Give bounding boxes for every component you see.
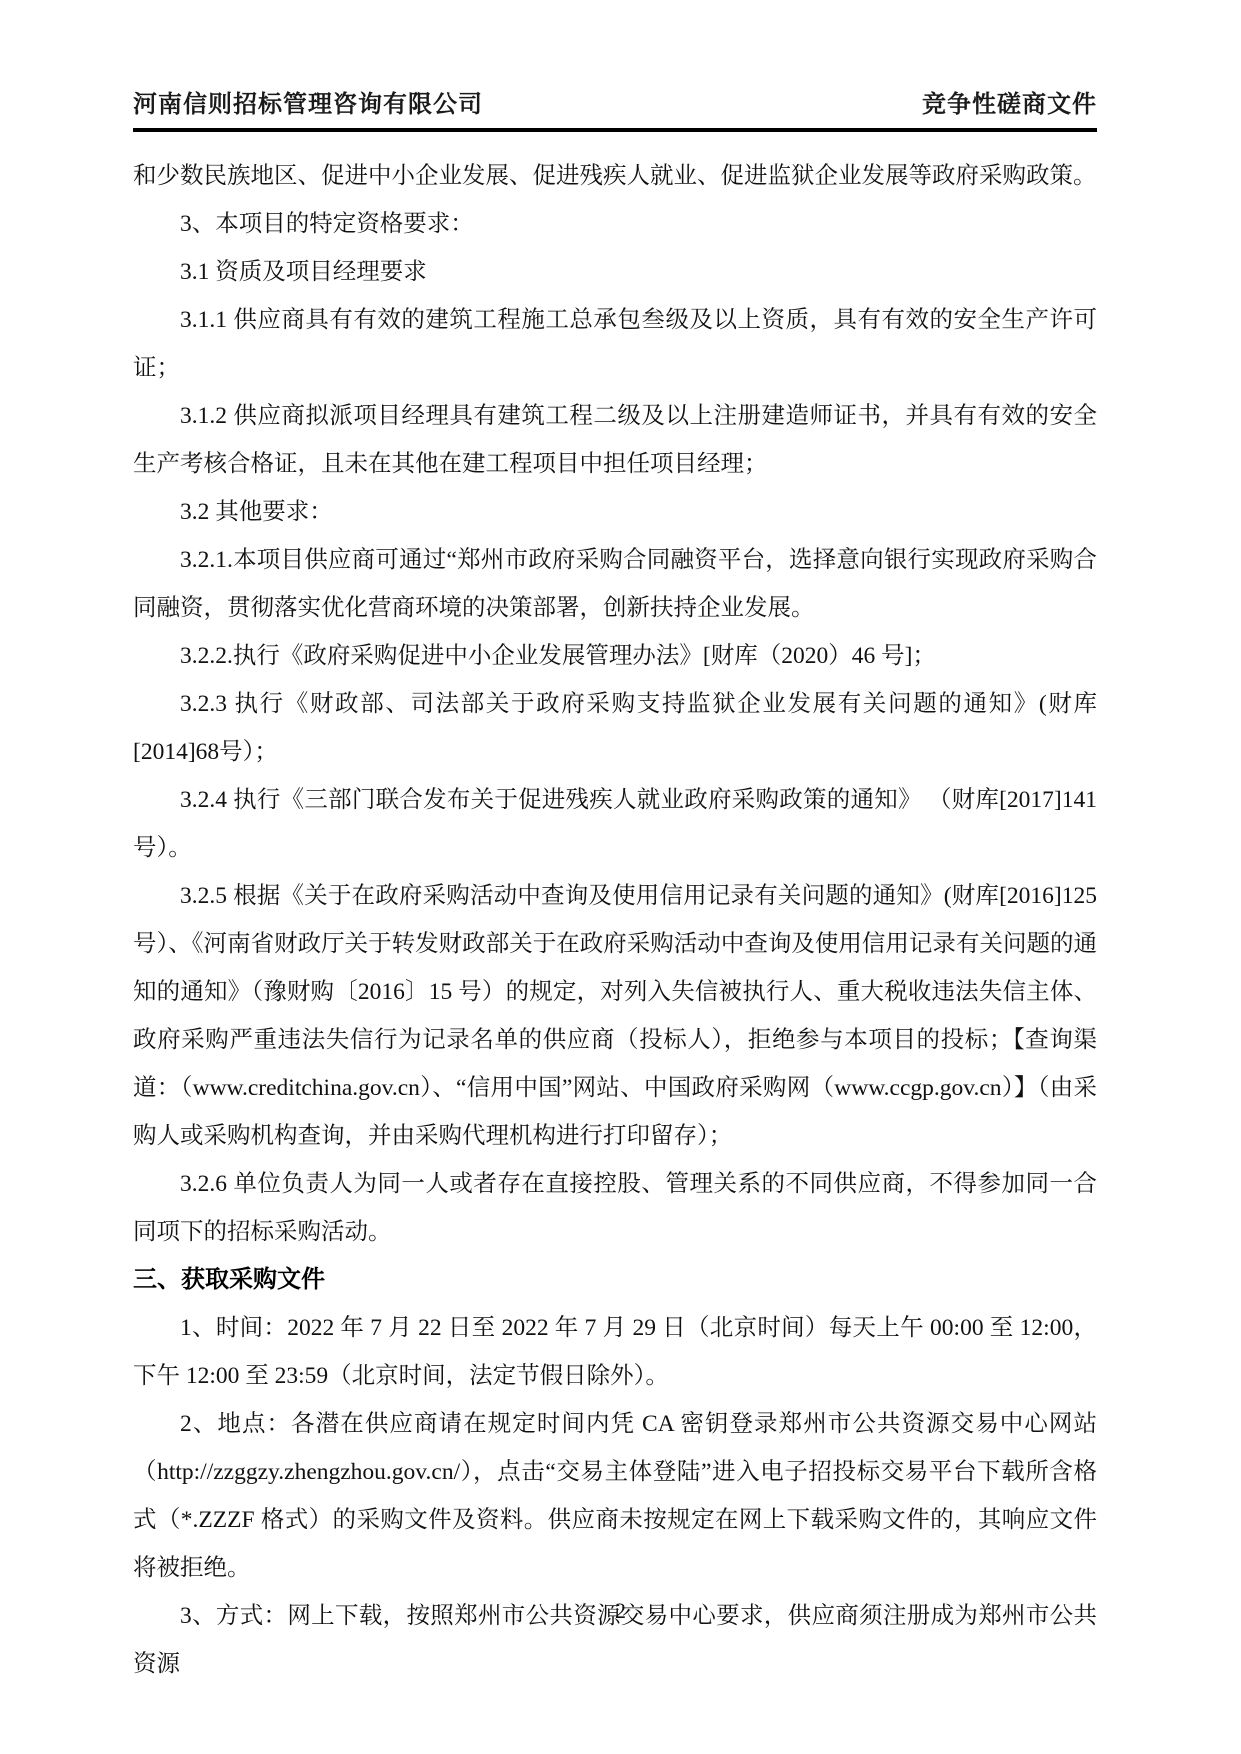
paragraph: 和少数民族地区、促进中小企业发展、促进残疾人就业、促进监狱企业发展等政府采购政策… — [133, 152, 1097, 200]
paragraph: 3.1.2 供应商拟派项目经理具有建筑工程二级及以上注册建造师证书，并具有有效的… — [133, 392, 1097, 488]
header-company-name: 河南信则招标管理咨询有限公司 — [133, 84, 483, 119]
paragraph: 3.2.1.本项目供应商可通过“郑州市政府采购合同融资平台，选择意向银行实现政府… — [133, 536, 1097, 632]
paragraph: 3.1.1 供应商具有有效的建筑工程施工总承包叁级及以上资质，具有有效的安全生产… — [133, 296, 1097, 392]
paragraph: 3.1 资质及项目经理要求 — [133, 248, 1097, 296]
paragraph: 3.2.3 执行《财政部、司法部关于政府采购支持监狱企业发展有关问题的通知》(财… — [133, 680, 1097, 776]
document-page: 河南信则招标管理咨询有限公司 竞争性磋商文件 和少数民族地区、促进中小企业发展、… — [0, 0, 1241, 1754]
paragraph: 3、本项目的特定资格要求： — [133, 200, 1097, 248]
paragraph: 3.2 其他要求： — [133, 488, 1097, 536]
header-doc-type: 竞争性磋商文件 — [922, 84, 1097, 119]
page-number: 2 — [615, 1598, 626, 1623]
paragraph: 3.2.6 单位负责人为同一人或者存在直接控股、管理关系的不同供应商，不得参加同… — [133, 1160, 1097, 1256]
page-header: 河南信则招标管理咨询有限公司 竞争性磋商文件 — [133, 84, 1097, 132]
paragraph: 3.2.2.执行《政府采购促进中小企业发展管理办法》[财库（2020）46 号]… — [133, 632, 1097, 680]
paragraph: 3.2.4 执行《三部门联合发布关于促进残疾人就业政府采购政策的通知》 （财库[… — [133, 776, 1097, 872]
paragraph: 1、时间：2022 年 7 月 22 日至 2022 年 7 月 29 日（北京… — [133, 1304, 1097, 1400]
page-footer: 2 — [0, 1598, 1241, 1624]
document-body: 和少数民族地区、促进中小企业发展、促进残疾人就业、促进监狱企业发展等政府采购政策… — [133, 152, 1097, 1688]
paragraph: 3.2.5 根据《关于在政府采购活动中查询及使用信用记录有关问题的通知》(财库[… — [133, 872, 1097, 1160]
section-heading: 三、获取采购文件 — [133, 1256, 1097, 1304]
paragraph: 2、地点：各潜在供应商请在规定时间内凭 CA 密钥登录郑州市公共资源交易中心网站… — [133, 1400, 1097, 1592]
